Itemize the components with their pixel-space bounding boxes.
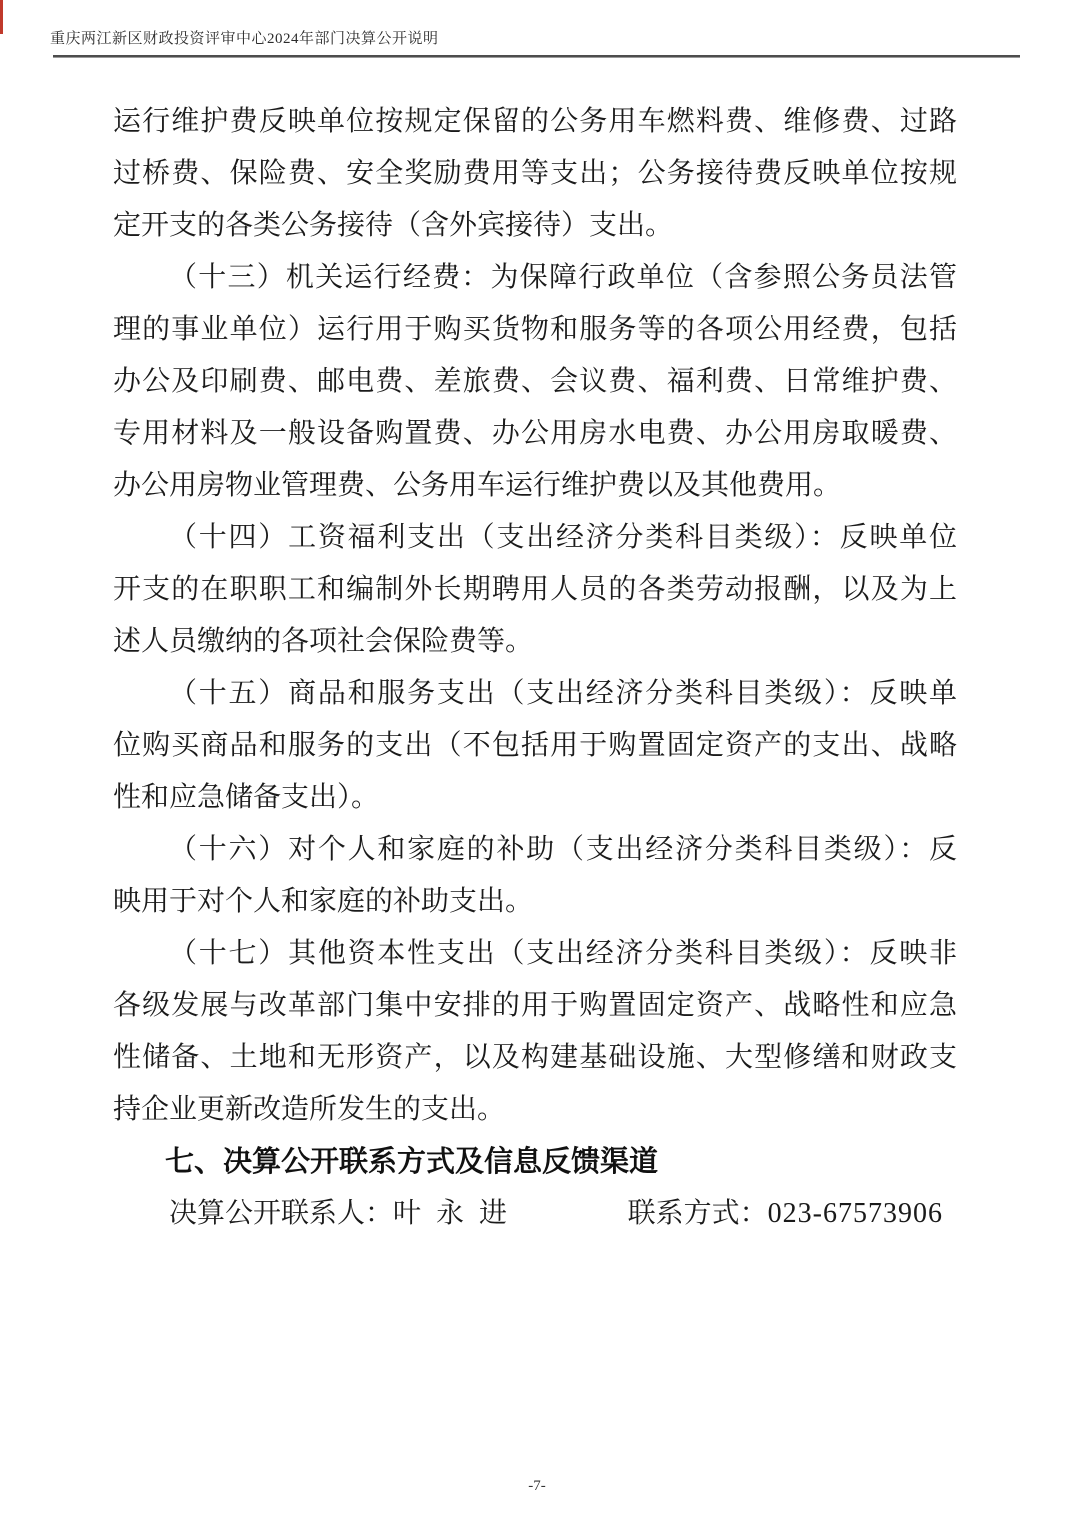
text-line: （十五）商品和服务支出（支出经济分类科目类级）：反映单: [113, 668, 957, 720]
page-number: -7-: [0, 1478, 1074, 1495]
contact-row: 决算公开联系人：叶永进 联系方式：023-67573906: [113, 1188, 957, 1240]
header-rule: [53, 55, 1020, 58]
document-body: 运行维护费反映单位按规定保留的公务用车燃料费、维修费、过路过桥费、保险费、安全奖…: [113, 96, 957, 1240]
text-line: 办公及印刷费、邮电费、差旅费、会议费、福利费、日常维护费、: [113, 356, 957, 408]
contact-person-name: 叶永进: [393, 1198, 522, 1229]
paragraph: （十五）商品和服务支出（支出经济分类科目类级）：反映单位购买商品和服务的支出（不…: [113, 668, 957, 824]
text-line: 专用材料及一般设备购置费、办公用房水电费、办公用房取暖费、: [113, 408, 957, 460]
paragraph: （十三）机关运行经费：为保障行政单位（含参照公务员法管理的事业单位）运行用于购买…: [113, 252, 957, 512]
paragraphs: 运行维护费反映单位按规定保留的公务用车燃料费、维修费、过路过桥费、保险费、安全奖…: [113, 96, 957, 1136]
contact-phone: 联系方式：023-67573906: [628, 1188, 943, 1240]
text-line: 述人员缴纳的各项社会保险费等。: [113, 616, 957, 668]
text-line: 办公用房物业管理费、公务用车运行维护费以及其他费用。: [113, 460, 957, 512]
red-edge-mark: [0, 0, 3, 34]
text-line: 性储备、土地和无形资产，以及构建基础设施、大型修缮和财政支: [113, 1032, 957, 1084]
page-header-title: 重庆两江新区财政投资评审中心2024年部门决算公开说明: [50, 27, 1024, 48]
text-line: 映用于对个人和家庭的补助支出。: [113, 876, 957, 928]
text-line: 过桥费、保险费、安全奖励费用等支出；公务接待费反映单位按规: [113, 148, 957, 200]
paragraph: （十六）对个人和家庭的补助（支出经济分类科目类级）：反映用于对个人和家庭的补助支…: [113, 824, 957, 928]
text-line: 定开支的各类公务接待（含外宾接待）支出。: [113, 200, 957, 252]
contact-person: 决算公开联系人：叶永进: [113, 1188, 522, 1240]
contact-person-label: 决算公开联系人：: [169, 1198, 393, 1229]
paragraph: （十七）其他资本性支出（支出经济分类科目类级）：反映非各级发展与改革部门集中安排…: [113, 928, 957, 1136]
text-line: （十六）对个人和家庭的补助（支出经济分类科目类级）：反: [113, 824, 957, 876]
text-line: （十三）机关运行经费：为保障行政单位（含参照公务员法管: [113, 252, 957, 304]
text-line: 开支的在职职工和编制外长期聘用人员的各类劳动报酬，以及为上: [113, 564, 957, 616]
text-line: 持企业更新改造所发生的支出。: [113, 1084, 957, 1136]
section-heading: 七、决算公开联系方式及信息反馈渠道: [113, 1136, 957, 1188]
text-line: 性和应急储备支出）。: [113, 772, 957, 824]
document-page: { "page": { "header": { "title": "重庆两江新区…: [0, 0, 1074, 1520]
text-line: 运行维护费反映单位按规定保留的公务用车燃料费、维修费、过路: [113, 96, 957, 148]
contact-phone-label: 联系方式：: [628, 1198, 768, 1229]
text-line: 各级发展与改革部门集中安排的用于购置固定资产、战略性和应急: [113, 980, 957, 1032]
paragraph: 运行维护费反映单位按规定保留的公务用车燃料费、维修费、过路过桥费、保险费、安全奖…: [113, 96, 957, 252]
text-line: 位购买商品和服务的支出（不包括用于购置固定资产的支出、战略: [113, 720, 957, 772]
text-line: （十七）其他资本性支出（支出经济分类科目类级）：反映非: [113, 928, 957, 980]
contact-phone-number: 023-67573906: [768, 1198, 943, 1229]
paragraph: （十四）工资福利支出（支出经济分类科目类级）：反映单位开支的在职职工和编制外长期…: [113, 512, 957, 668]
text-line: 理的事业单位）运行用于购买货物和服务等的各项公用经费，包括: [113, 304, 957, 356]
text-line: （十四）工资福利支出（支出经济分类科目类级）：反映单位: [113, 512, 957, 564]
